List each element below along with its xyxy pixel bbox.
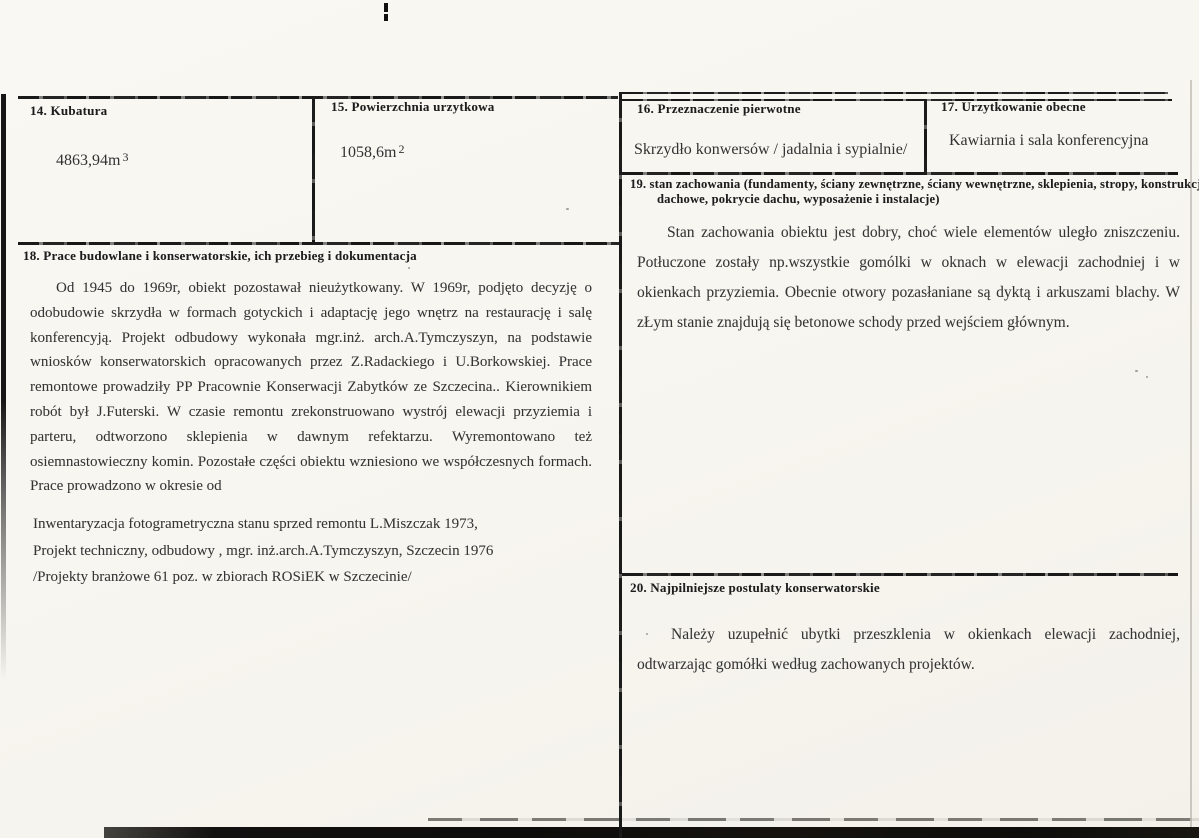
field-15-unit-exponent: 2: [398, 142, 404, 156]
field-14-label: 14. Kubatura: [30, 103, 107, 119]
scan-smear-artifact: [428, 818, 1199, 821]
center-column-divider: [619, 92, 622, 838]
section-19-paragraph: Stan zachowania obiektu jest dobry, choć…: [637, 218, 1180, 338]
page-left-edge-artifact: [1, 94, 6, 680]
section-19-header: 19. stan zachowania (fundamenty, ściany …: [630, 177, 1199, 206]
noise-speck: [566, 208, 569, 210]
field-17-label: 17. Urzytkowanie obecne: [941, 99, 1086, 115]
top-rule-left: [18, 96, 618, 99]
field-16-label: 16. Przeznaczenie pierwotne: [637, 101, 801, 117]
rule-above-section-20: [622, 573, 1178, 576]
section-18-document-list: Inwentaryzacja fotogrametryczna stanu sp…: [33, 511, 603, 591]
section-18-header: 18. Prace budowlane i konserwatorskie, i…: [23, 248, 417, 264]
noise-speck: [1135, 370, 1138, 372]
divider-16-17: [924, 99, 927, 173]
divider-14-15: [312, 96, 315, 243]
rule-under-boxes-14-15: [18, 242, 620, 245]
noise-speck: [1146, 376, 1148, 378]
scan-bottom-band-artifact: [104, 827, 1199, 838]
section-18-paragraph: Od 1945 do 1969r, obiekt pozostawał nieu…: [30, 276, 592, 499]
field-17-value: Kawiarnia i sala konferencyjna: [949, 132, 1148, 150]
ink-mark: [384, 14, 388, 21]
section-20-paragraph: Należy uzupełnić ubytki przeszklenia w o…: [637, 620, 1180, 680]
ink-mark: [384, 3, 388, 12]
field-15-label: 15. Powierzchnia urzytkowa: [331, 99, 495, 115]
rule-above-section-19: [622, 172, 1178, 175]
field-15-value: 1058,6m2: [340, 142, 404, 162]
doc-line: /Projekty branżowe 61 poz. w zbiorach RO…: [33, 564, 603, 591]
field-16-value: Skrzydło konwersów / jadalnia i sypialni…: [634, 141, 907, 159]
doc-line: Inwentaryzacja fotogrametryczna stanu sp…: [33, 511, 603, 538]
scanned-document-page: 14. Kubatura 4863,94m3 15. Powierzchnia …: [0, 0, 1199, 838]
field-15-number: 1058,6m: [340, 144, 396, 161]
section-20-header: 20. Najpilniejsze postulaty konserwators…: [630, 580, 880, 596]
field-14-number: 4863,94m: [56, 152, 120, 169]
doc-line: Projekt techniczny, odbudowy , mgr. inż.…: [33, 538, 603, 565]
top-rule-right-a: [622, 92, 1168, 94]
noise-speck: [408, 267, 410, 269]
field-14-unit-exponent: 3: [122, 150, 128, 164]
field-14-value: 4863,94m3: [56, 150, 128, 170]
